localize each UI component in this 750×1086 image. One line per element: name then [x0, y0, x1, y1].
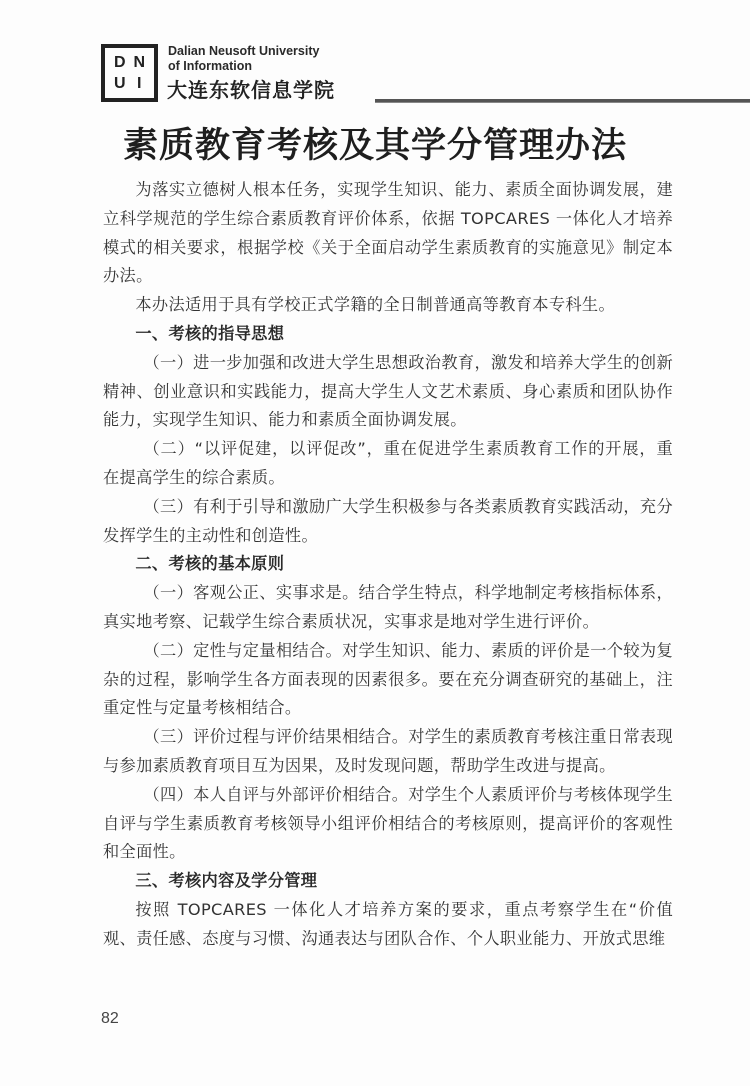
- section-paragraph: 按照 TOPCARES 一体化人才培养方案的要求，重点考察学生在“价值观、责任感…: [103, 896, 673, 954]
- section-item: （一）客观公正、实事求是。结合学生特点，科学地制定考核指标体系，真实地考察、记载…: [103, 579, 673, 637]
- logo-letter: D: [110, 52, 130, 73]
- university-name-en-line1: Dalian Neusoft University: [168, 44, 319, 59]
- logo-letter: I: [130, 73, 150, 94]
- document-title: 素质教育考核及其学分管理办法: [100, 122, 650, 170]
- university-name-cn: 大连东软信息学院: [167, 77, 335, 103]
- university-name-en-line2: of Information: [168, 59, 319, 74]
- scope-paragraph: 本办法适用于具有学校正式学籍的全日制普通高等教育本专科生。: [103, 291, 673, 320]
- section-item: （二）“以评促建，以评促改”，重在促进学生素质教育工作的开展，重在提高学生的综合…: [103, 435, 673, 493]
- section-heading: 三、考核内容及学分管理: [103, 867, 673, 896]
- page-number: 82: [101, 1010, 119, 1028]
- section-item: （二）定性与定量相结合。对学生知识、能力、素质的评价是一个较为复杂的过程，影响学…: [103, 637, 673, 723]
- dnui-logo: D N U I: [101, 44, 158, 102]
- header-divider: [375, 99, 750, 103]
- intro-paragraph: 为落实立德树人根本任务，实现学生知识、能力、素质全面协调发展，建立科学规范的学生…: [103, 176, 673, 291]
- logo-letter: N: [130, 52, 150, 73]
- page-header: D N U I Dalian Neusoft University of Inf…: [101, 44, 750, 106]
- document-body: 为落实立德树人根本任务，实现学生知识、能力、素质全面协调发展，建立科学规范的学生…: [103, 176, 673, 954]
- section-item: （一）进一步加强和改进大学生思想政治教育，激发和培养大学生的创新精神、创业意识和…: [103, 349, 673, 435]
- section-heading: 一、考核的指导思想: [103, 320, 673, 349]
- section-item: （四）本人自评与外部评价相结合。对学生个人素质评价与考核体现学生自评与学生素质教…: [103, 781, 673, 867]
- university-name-en: Dalian Neusoft University of Information: [168, 44, 319, 73]
- section-heading: 二、考核的基本原则: [103, 550, 673, 579]
- logo-letter: U: [110, 73, 130, 94]
- section-item: （三）评价过程与评价结果相结合。对学生的素质教育考核注重日常表现与参加素质教育项…: [103, 723, 673, 781]
- section-item: （三）有利于引导和激励广大学生积极参与各类素质教育实践活动，充分发挥学生的主动性…: [103, 493, 673, 551]
